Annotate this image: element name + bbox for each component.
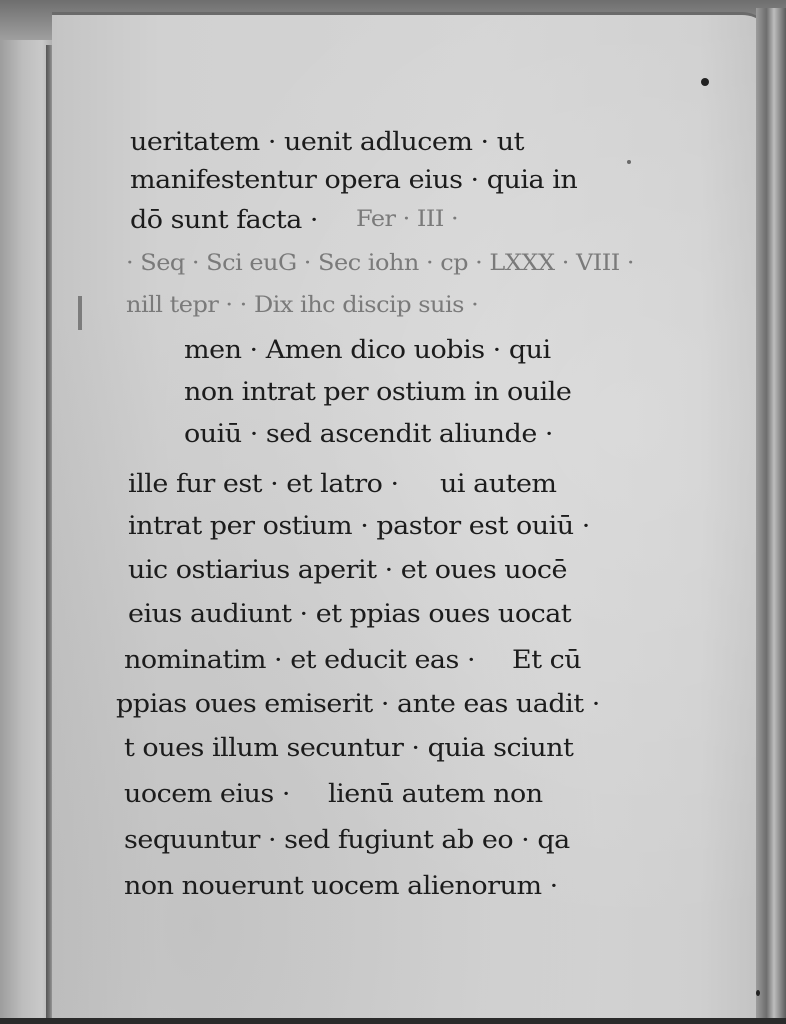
rubric-line: nill tepr · · Dix ihc discip suis · [126, 292, 478, 318]
text-line: lienū autem non [328, 780, 543, 809]
ink-spot [756, 990, 760, 996]
text-line: ppias oues emiserit · ante eas uadit · [116, 690, 600, 719]
text-line: non intrat per ostium in ouile [184, 378, 571, 407]
text-line: ui autem [440, 470, 557, 499]
text-line: non nouerunt uocem alienorum · [124, 872, 558, 901]
text-line: ueritatem · uenit adlucem · ut [130, 128, 524, 157]
rubric-line: · Seq · Sci euG · Sec iohn · cp · LXXX ·… [126, 250, 634, 276]
page-edge-bottom [0, 1018, 786, 1024]
binding-gutter [46, 45, 52, 1024]
rubric-line: Fer · III · [356, 206, 458, 232]
text-line: manifestentur opera eius · quia in [130, 166, 577, 195]
text-line: ouiū · sed ascendit aliunde · [184, 420, 553, 449]
text-line: dō sunt facta · [130, 206, 318, 235]
ink-spot [627, 160, 631, 164]
text-line: Et cū [512, 646, 581, 675]
text-line: uocem eius · [124, 780, 290, 809]
text-line: nominatim · et educit eas · [124, 646, 475, 675]
margin-initial-mark [78, 296, 82, 330]
page-edge-right [756, 8, 786, 1024]
text-line: sequuntur · sed fugiunt ab eo · qa [124, 826, 570, 855]
text-line: men · Amen dico uobis · qui [184, 336, 551, 365]
text-line: ille fur est · et latro · [128, 470, 399, 499]
text-line: uic ostiarius aperit · et oues uocē [128, 556, 567, 585]
text-line: eius audiunt · et ppias oues uocat [128, 600, 571, 629]
ink-spot [701, 78, 709, 86]
text-line: t oues illum secuntur · quia sciunt [124, 734, 573, 763]
text-line: intrat per ostium · pastor est ouiū · [128, 512, 590, 541]
